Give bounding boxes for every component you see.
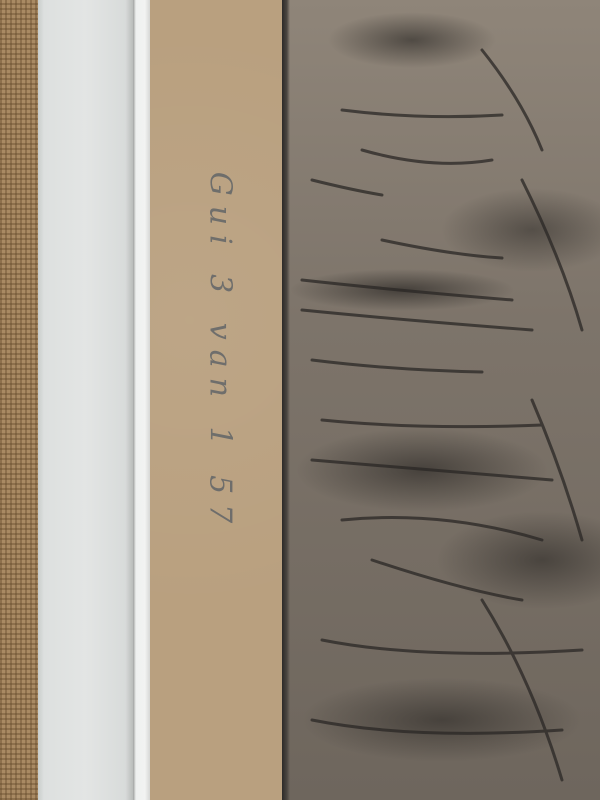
inscription-text: Gui 3 van 1 57: [203, 113, 238, 593]
frame-inner-lip: [133, 0, 150, 800]
white-frame: [38, 0, 133, 800]
burlap-backing: [0, 0, 38, 800]
pencil-inscription: Gui 3 van 1 57: [150, 60, 282, 640]
etched-lines: [282, 0, 600, 800]
